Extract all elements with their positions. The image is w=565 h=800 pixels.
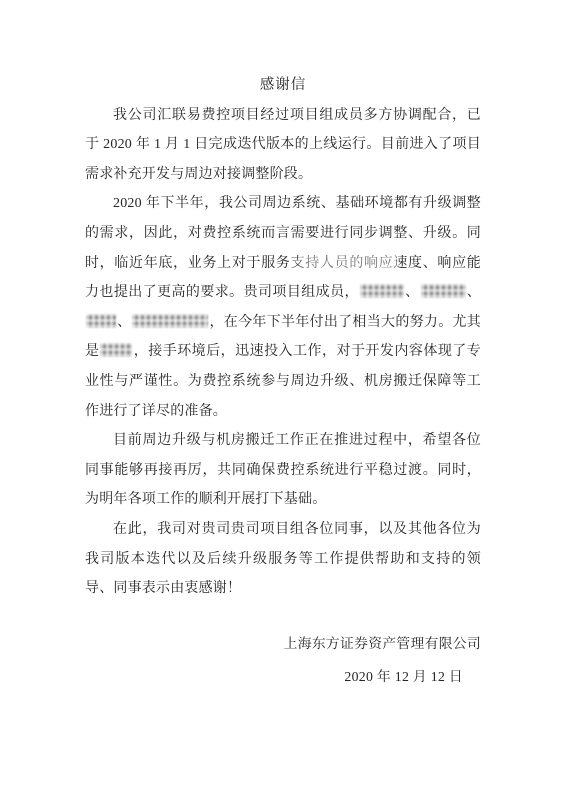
text-run: 我公司汇联易费控项目经过项目组成员多方协调配合，已于 2020 年 1 月 1 … xyxy=(85,108,481,182)
redacted-name xyxy=(421,284,466,298)
redacted-name xyxy=(360,284,404,298)
letter-content: 感谢信 我公司汇联易费控项目经过项目组成员多方协调配合，已于 2020 年 1 … xyxy=(85,71,481,693)
redacted-name xyxy=(132,314,208,328)
text-run: 目前周边升级与机房搬迁工作正在推进过程中，希望各位同事能够再接再厉，共同确保费控… xyxy=(85,433,481,507)
redacted-name xyxy=(100,343,132,357)
paragraph: 在此，我司对贵司贵司项目组各位同事，以及其他各位为我司版本迭代以及后续升级服务等… xyxy=(85,515,481,604)
paragraph: 目前周边升级与机房搬迁工作正在推进过程中，希望各位同事能够再接再厉，共同确保费控… xyxy=(85,426,481,515)
text-run: ，接手环境后，迅速投入工作，对于开发内容体现了专业性与严谨性。为费控系统参与周边… xyxy=(85,344,481,418)
redacted-name xyxy=(86,314,116,328)
signature-date: 2020 年 12 月 12 日 xyxy=(85,660,481,693)
letter-title: 感谢信 xyxy=(85,71,481,101)
signature-company: 上海东方证券资产管理有限公司 xyxy=(85,627,481,660)
closing-block: 上海东方证券资产管理有限公司 2020 年 12 月 12 日 xyxy=(85,627,481,693)
paragraph: 我公司汇联易费控项目经过项目组成员多方协调配合，已于 2020 年 1 月 1 … xyxy=(85,101,481,190)
text-run: 、 xyxy=(405,285,420,300)
letter-page: 感谢信 我公司汇联易费控项目经过项目组成员多方协调配合，已于 2020 年 1 … xyxy=(0,0,565,800)
paragraph: 2020 年下半年，我公司周边系统、基础环境都有升级调整的需求，因此，对费控系统… xyxy=(85,189,481,426)
text-run: 、 xyxy=(117,315,131,330)
paragraphs: 我公司汇联易费控项目经过项目组成员多方协调配合，已于 2020 年 1 月 1 … xyxy=(85,101,481,604)
text-run: 在此，我司对贵司贵司项目组各位同事，以及其他各位为我司版本迭代以及后续升级服务等… xyxy=(85,522,481,596)
text-run: 、 xyxy=(467,285,481,300)
